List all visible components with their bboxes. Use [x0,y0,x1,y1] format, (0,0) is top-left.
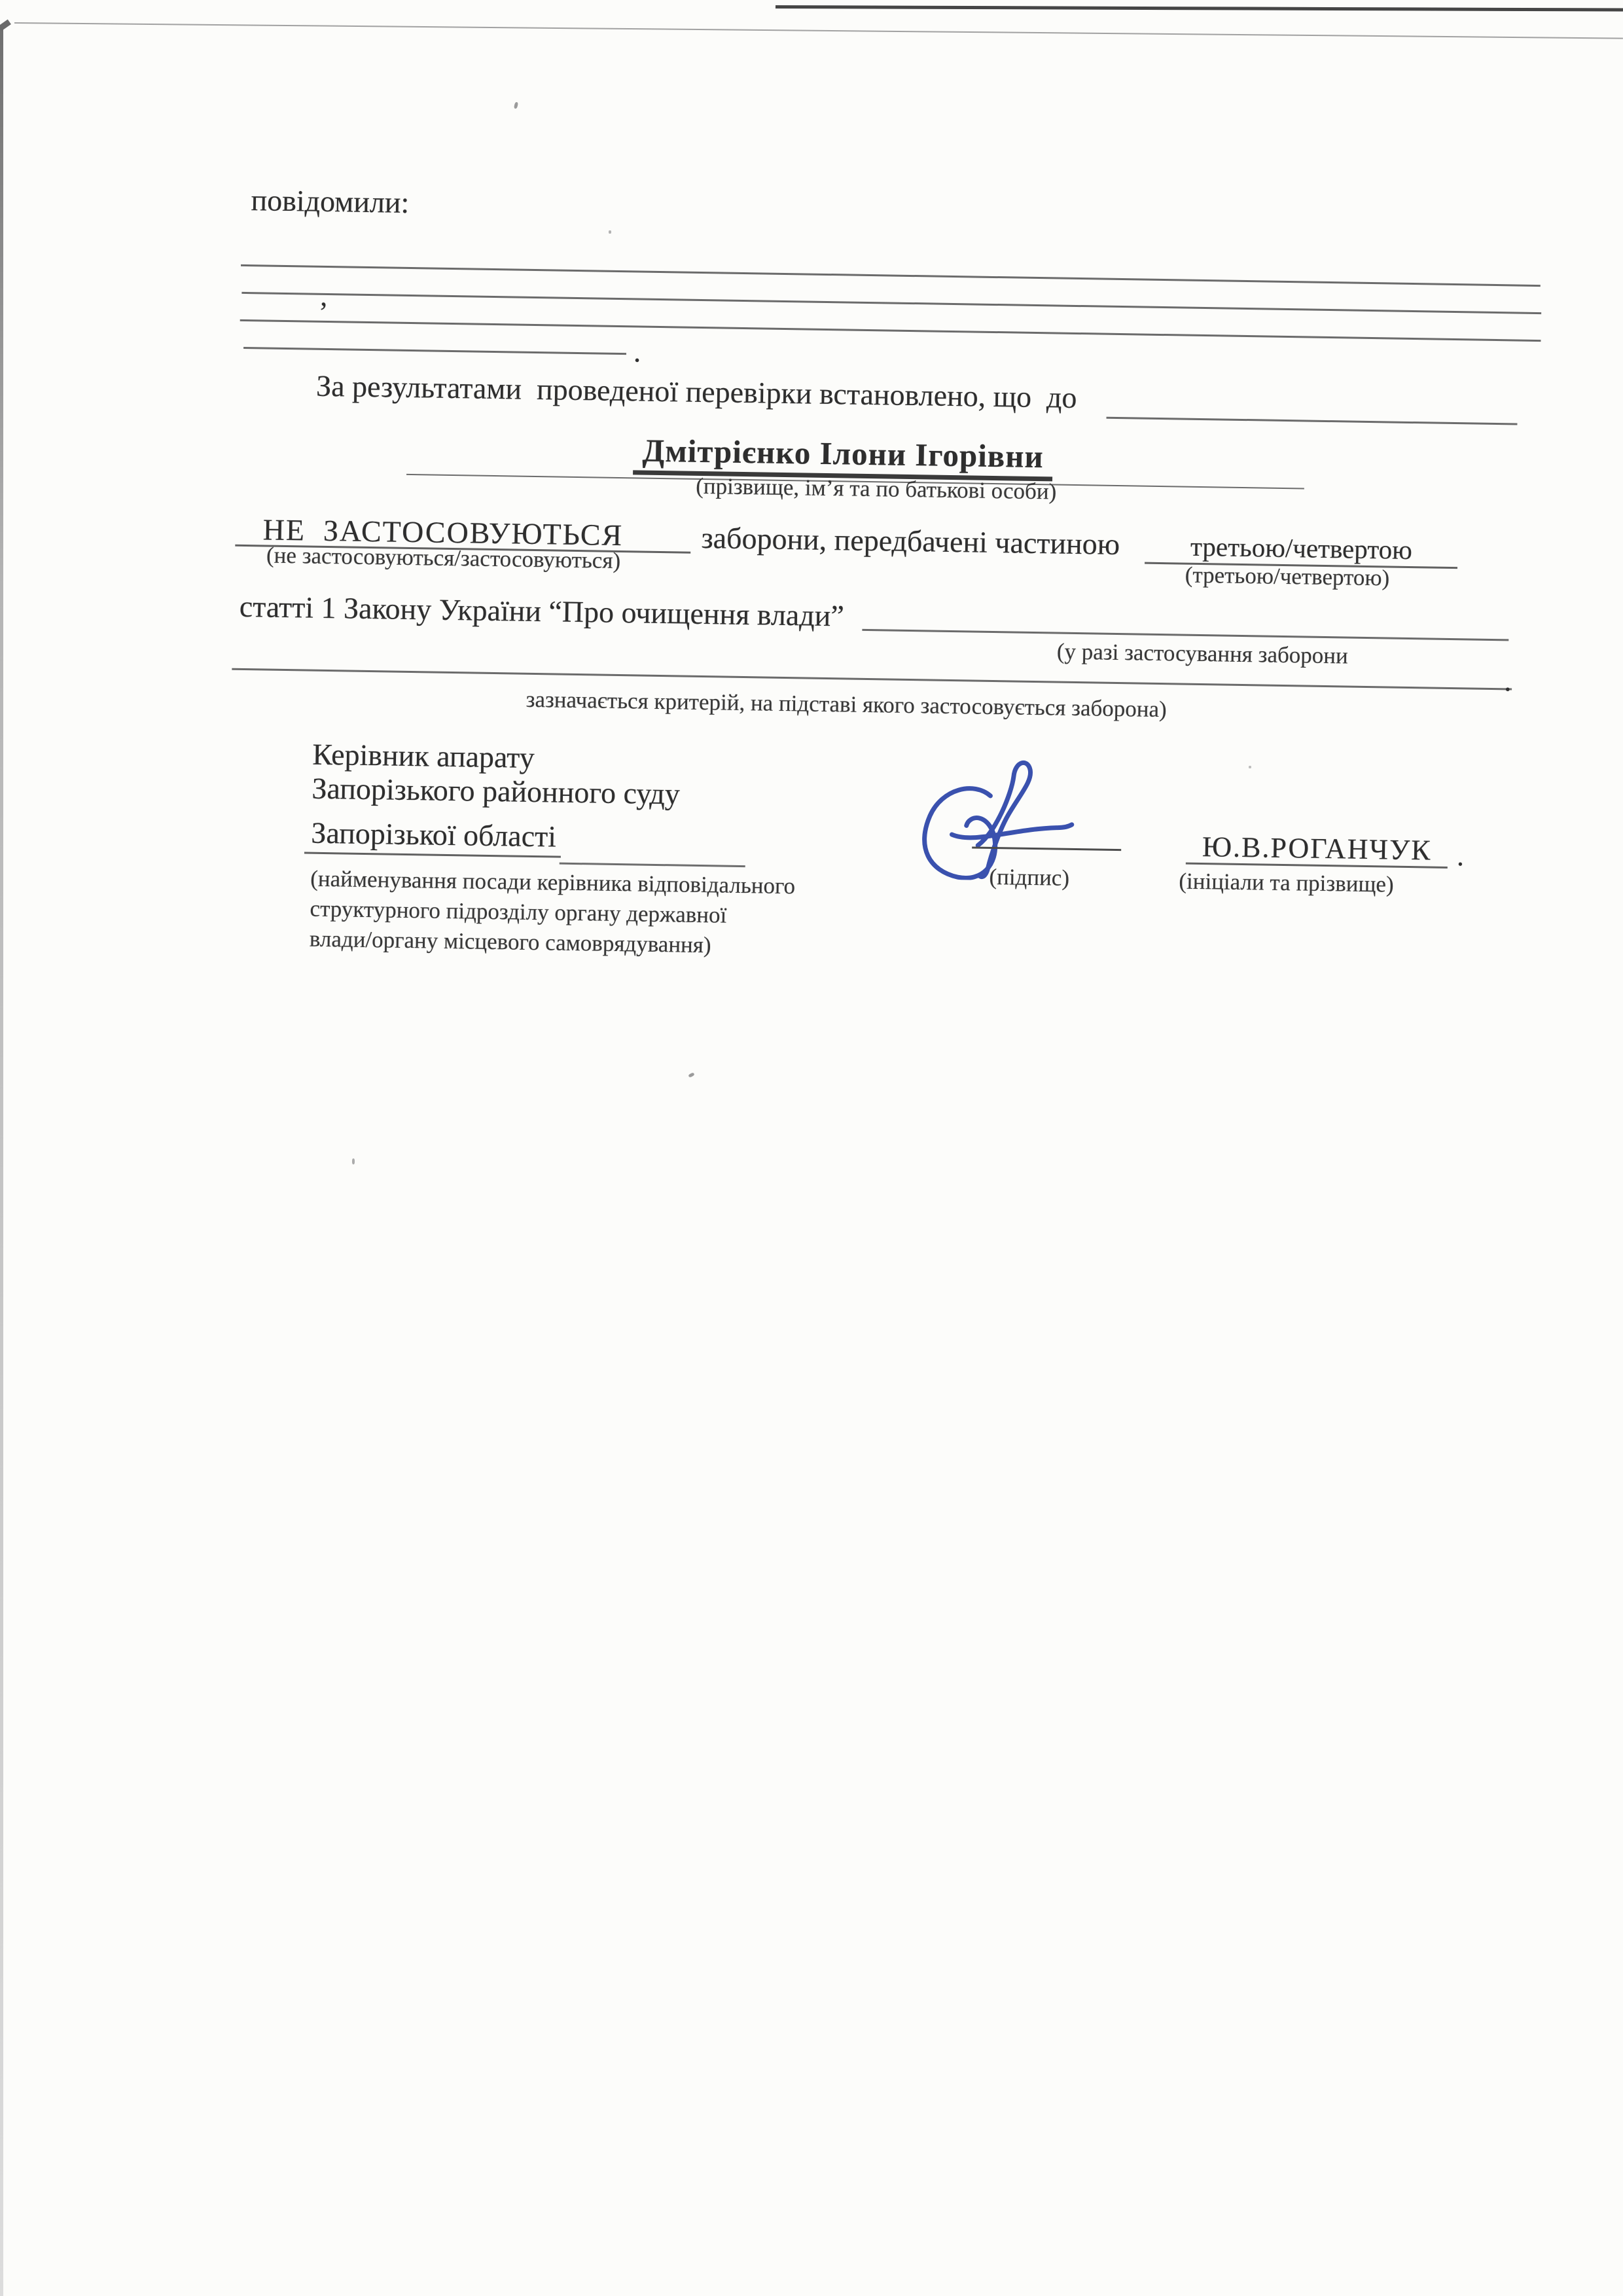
scan-left-edge-line [0,26,3,2296]
document-content: повідомили: , . За результатами проведен… [232,183,1542,1120]
position-line-1: Керівник апарату [312,738,535,775]
blank-line-short [243,347,626,355]
initials-underline: Ю.В.РОГАНЧУК [1186,831,1448,869]
position-line-2: Запорізького районного суду [312,772,680,811]
part-value: третьою/четвертою [1190,531,1412,565]
law-blank-line [862,629,1508,641]
blank-line [241,264,1541,287]
prohibitions-middle-text: заборони, передбачені частиною [701,521,1120,562]
initials-name-value: Ю.В.РОГАНЧУК [1202,831,1432,867]
signature-stroke [952,823,1071,839]
ink-speck [352,1158,355,1164]
blank-line-long [232,668,1512,691]
signature-stroke [924,788,996,879]
handwriting-comma: , [320,280,328,312]
long-line-period: . [1504,664,1512,698]
handwritten-signature [909,751,1120,882]
criteria-caption-line1: (у разі застосування заборони [1057,639,1349,669]
position-caption: (найменування посади керівника відповіда… [310,864,874,963]
position-underline-extra [560,863,745,867]
blank-line [240,319,1541,342]
reported-label: повідомили: [251,183,410,219]
scan-top-edge-line-faint [14,22,1623,39]
result-sentence: За результатами проведеної перевірки вст… [316,369,1077,415]
initials-trailing-period: . [1457,840,1465,872]
applied-caption: (не застосовуються/застосовуються) [266,543,621,574]
blank-line [241,292,1541,314]
part-caption: (третьою/четвертою) [1185,562,1389,591]
position-caption-line-3: влади/органу місцевого самоврядування) [310,926,711,958]
position-underline: Запорізької області [304,816,562,858]
position-line-3: Запорізької області [304,816,556,853]
scan-corner-wedge [0,20,11,31]
ink-speck [514,102,518,109]
line-end-period: . [633,334,641,368]
scan-top-edge-line-dark [776,5,1623,12]
criteria-caption-line2: зазначається критерій, на підставі якого… [526,687,1167,723]
result-blank-line [1107,417,1518,425]
position-caption-line-1: (найменування посади керівника відповіда… [310,866,795,899]
law-line-text: статті 1 Закону України “Про очищення вл… [239,590,844,633]
position-caption-line-2: структурного підрозділу органу державної [310,896,726,928]
initials-caption: (ініціали та прізвище) [1179,869,1394,897]
scanned-document-page: повідомили: , . За результатами проведен… [0,0,1623,2296]
signature-caption: (підпис) [989,864,1069,891]
